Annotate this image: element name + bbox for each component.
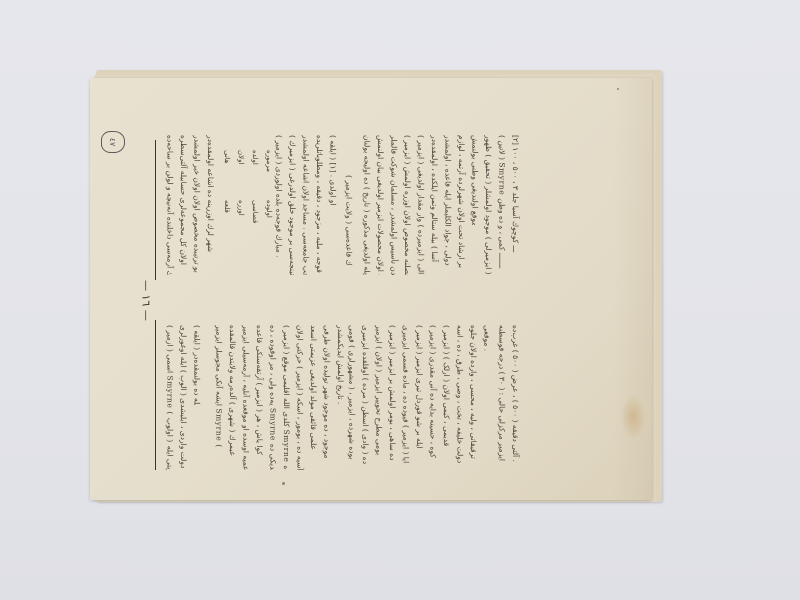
text-line: شهر لرك اوزرینه ده اشاعه اولمقده‌در	[204, 135, 218, 275]
table-cell: اولده	[250, 150, 260, 190]
text-line: دولت واردی ، ایلیشدی ( الوب ) ایله اوغور…	[177, 325, 191, 470]
text-line: آلتی دقیقه ( ٥٠٠ ) ، عرض ( ٥٠٠ ) غرب‌ده …	[509, 325, 523, 470]
text-line: ( ایزمیر ) ده ساهی ، بومر اولمش بر ایزمی…	[386, 325, 400, 470]
page-number: — ١٦ —	[139, 270, 153, 330]
text-line: موقع اولندیغی وطنی بولنمش .	[468, 135, 482, 225]
handwritten-margin-number: ٤٧	[101, 131, 125, 153]
text-line: ( ایلقه ) او اولدی . [١]	[326, 135, 340, 215]
lower-col-b: ایشه آتکی مجوسلر ایزمیر Smyrne ( غیمرك (…	[212, 325, 347, 470]
text-line: ده ( وادی ) اسطن ( مرده ) اوقلقده ایزمیر…	[359, 325, 373, 470]
text-line: بر ارشاد تحت اولان شهرلرده آرتمه ، لوازم	[455, 135, 469, 275]
text-line: ایزمیر مرکزلی حالی : ( ٣٠ ) درجه قوسطنه	[495, 325, 509, 470]
table-cell: هانی	[222, 150, 232, 190]
text-line: دولت خلیفه ، تخت ، وصی ، طرق ، ده ، اسه	[453, 325, 467, 470]
lower-closing: ایزمیر مرکزلی حالی : ( ٣٠ ) درجه قوسطنه …	[495, 325, 522, 470]
section-heading: ( ولایت ایزمیر ) شهرك قاعده‌سی	[342, 175, 356, 265]
text-line: یه‌ده ولی ، مر اوقوده ، ده Smyrne کلدیکی…	[266, 325, 280, 470]
text-line: کوا یاش ، هر ( ایزمیر ) آرتقه‌سنکی قاعده	[253, 325, 267, 470]
text-line: آسا ) بیله ستالم وتمن ایلکده ، اولمقده‌د…	[428, 135, 442, 275]
text-line: نك آرمه‌سی داخلنده آنه‌نیچه و لولن بر سا…	[163, 135, 177, 275]
footnote-line: [٢] ـــ کوچوك آسیا جلد ٣ ، ٥٠٠ ، ١٠٠	[509, 135, 523, 275]
text-line: بوده شهرده ، ایزمیر ، ( مشهورلری ) قومی	[345, 325, 359, 470]
table-cell: اوزره	[236, 200, 246, 240]
text-line: بو ترتیبده مخصوص اولان اولان خبر اولمشدر	[190, 135, 204, 275]
upper-word-table: هانی اولان اولده مرموره	[222, 150, 274, 190]
text-line: آکه فصلنه مخصوص اولان اوزره اولمش ( ایزم…	[401, 135, 415, 275]
paper-speck	[617, 88, 619, 90]
paper-speck	[282, 482, 285, 485]
lower-col-a: اسمی ( ازمیر ) Smyrne ( اولوب ) مشهوریتی…	[163, 325, 204, 470]
text-line: علمی قائقی مولد اولدیغی عزیمتی اسعد	[307, 325, 321, 470]
text-line: موجود ، ده موجود شهر تولیده اولان طرفی	[320, 325, 334, 470]
text-line: عمیه اوسده او موقعده آنلیه ، آرمه‌سیلی ا…	[239, 325, 253, 470]
text-line: غیمرك ( شهری ) آلده‌رمه ولایتدن قالمقده	[226, 325, 240, 470]
text-line: اسمی ( ازمیر ) Smyrne ( اولوب ) مشهوریتی…	[163, 325, 177, 470]
table-cell: قضاسی	[250, 200, 260, 240]
text-line: کوه ، حسینه بدایه ده آنی مقدری ( ایزمیر …	[426, 325, 440, 470]
text-line: ( ایزمیر ) ( ارلک ) قدیمی ، کیمی اولان	[440, 325, 454, 470]
header-rule-lower	[155, 320, 156, 470]
text-line: موقعی .	[480, 325, 494, 355]
text-line: دولی ، جواد الکلیملر ایله قاعده ، اولمشد…	[441, 135, 455, 275]
text-line: بومی مطرح تحوییر ایزمیر ( اولان ) ایزمیر	[372, 325, 386, 470]
text-line: ( ایزمیر ) ایله بر شو قوردل تیری ایزمیر	[413, 325, 427, 470]
text-line: طرفندن تأسیس اولمشدر ، مسلمان شوکت قالمل…	[387, 135, 401, 275]
text-line: ( ایزمیر ) مبارك قوجه‌ده بلده اولوردی .	[272, 135, 286, 275]
header-rule-upper	[155, 140, 156, 280]
text-line: ترقیقاتی ، ولیه ، محسی ، وارده اولان جلو…	[467, 325, 481, 470]
upper-col-a: نك آرمه‌سی داخلنده آنه‌نیچه و لولن بر سا…	[163, 135, 217, 275]
text-line: آسیه ده ، بومور ، اسکه ( ایزمیر ) حرکتی …	[293, 325, 307, 470]
text-line: ایا ( ایزمیر ) قیوده ده ، ماده قسمی ایزم…	[399, 325, 413, 470]
text-line: معا ( ایزمیرلی ) موجود اولمشلر ( تحقیق )…	[482, 135, 496, 275]
text-line: و قوجه ، ملیه ، مزجود ، دقیقه ، ومطلوبات…	[313, 135, 327, 275]
paper-stain	[620, 394, 646, 440]
upper-heading: ( ولایت ایزمیر ) شهرك قاعده‌سی	[342, 175, 356, 265]
text-line: کلدی الله اقلیمی موقع ( ایزمیر ) Smyrne …	[280, 325, 294, 470]
table-cell: اولان	[236, 150, 246, 190]
lower-col-c: بوده شهرده ، ایزمیر ، ( مشهورلری ) قومی …	[345, 325, 494, 470]
table-cell: قلعه	[222, 200, 232, 240]
text-line: ( ایلقه ) ایله ده بولنمقده‌در .	[190, 325, 204, 405]
text-line: بولنه صاحب جامعه‌سی . مساجد اولان اشاعه …	[299, 135, 313, 275]
upper-word-table-2: قلعه اوزره قضاسی اولوده	[222, 200, 274, 240]
text-line: ( ایزمیر ) الی ( ایزمیرده ) وار مقدار او…	[414, 135, 428, 275]
text-line: قاعده‌سنده اولان محصولات ایزمیر اولدیغی …	[374, 135, 388, 275]
footnote-line: ( لاتین ) Smyrne ـــــــ کمی ، و ده وطن	[495, 135, 509, 275]
upper-col-c: و بویله اولدیغی مذکوره ( تاریخ ) ده اولی…	[360, 135, 522, 275]
text-line: ایشه آتکی مجوسلر ایزمیر Smyrne (	[212, 325, 226, 470]
text-line: و بویله اولدیغی مذکوره ( تاریخ ) ده اولی…	[360, 135, 374, 275]
upper-col-b: ( ایزمیر ) مبارك قوجه‌ده بلده اولوردی . …	[272, 135, 340, 275]
text-line: اولان کل مجموعه‌لری حسابیله آلتی‌سطره	[177, 135, 191, 275]
text-line: ( ایزمیرك ) لاتینجه‌سی بر موجود خلق اولد…	[286, 135, 300, 275]
